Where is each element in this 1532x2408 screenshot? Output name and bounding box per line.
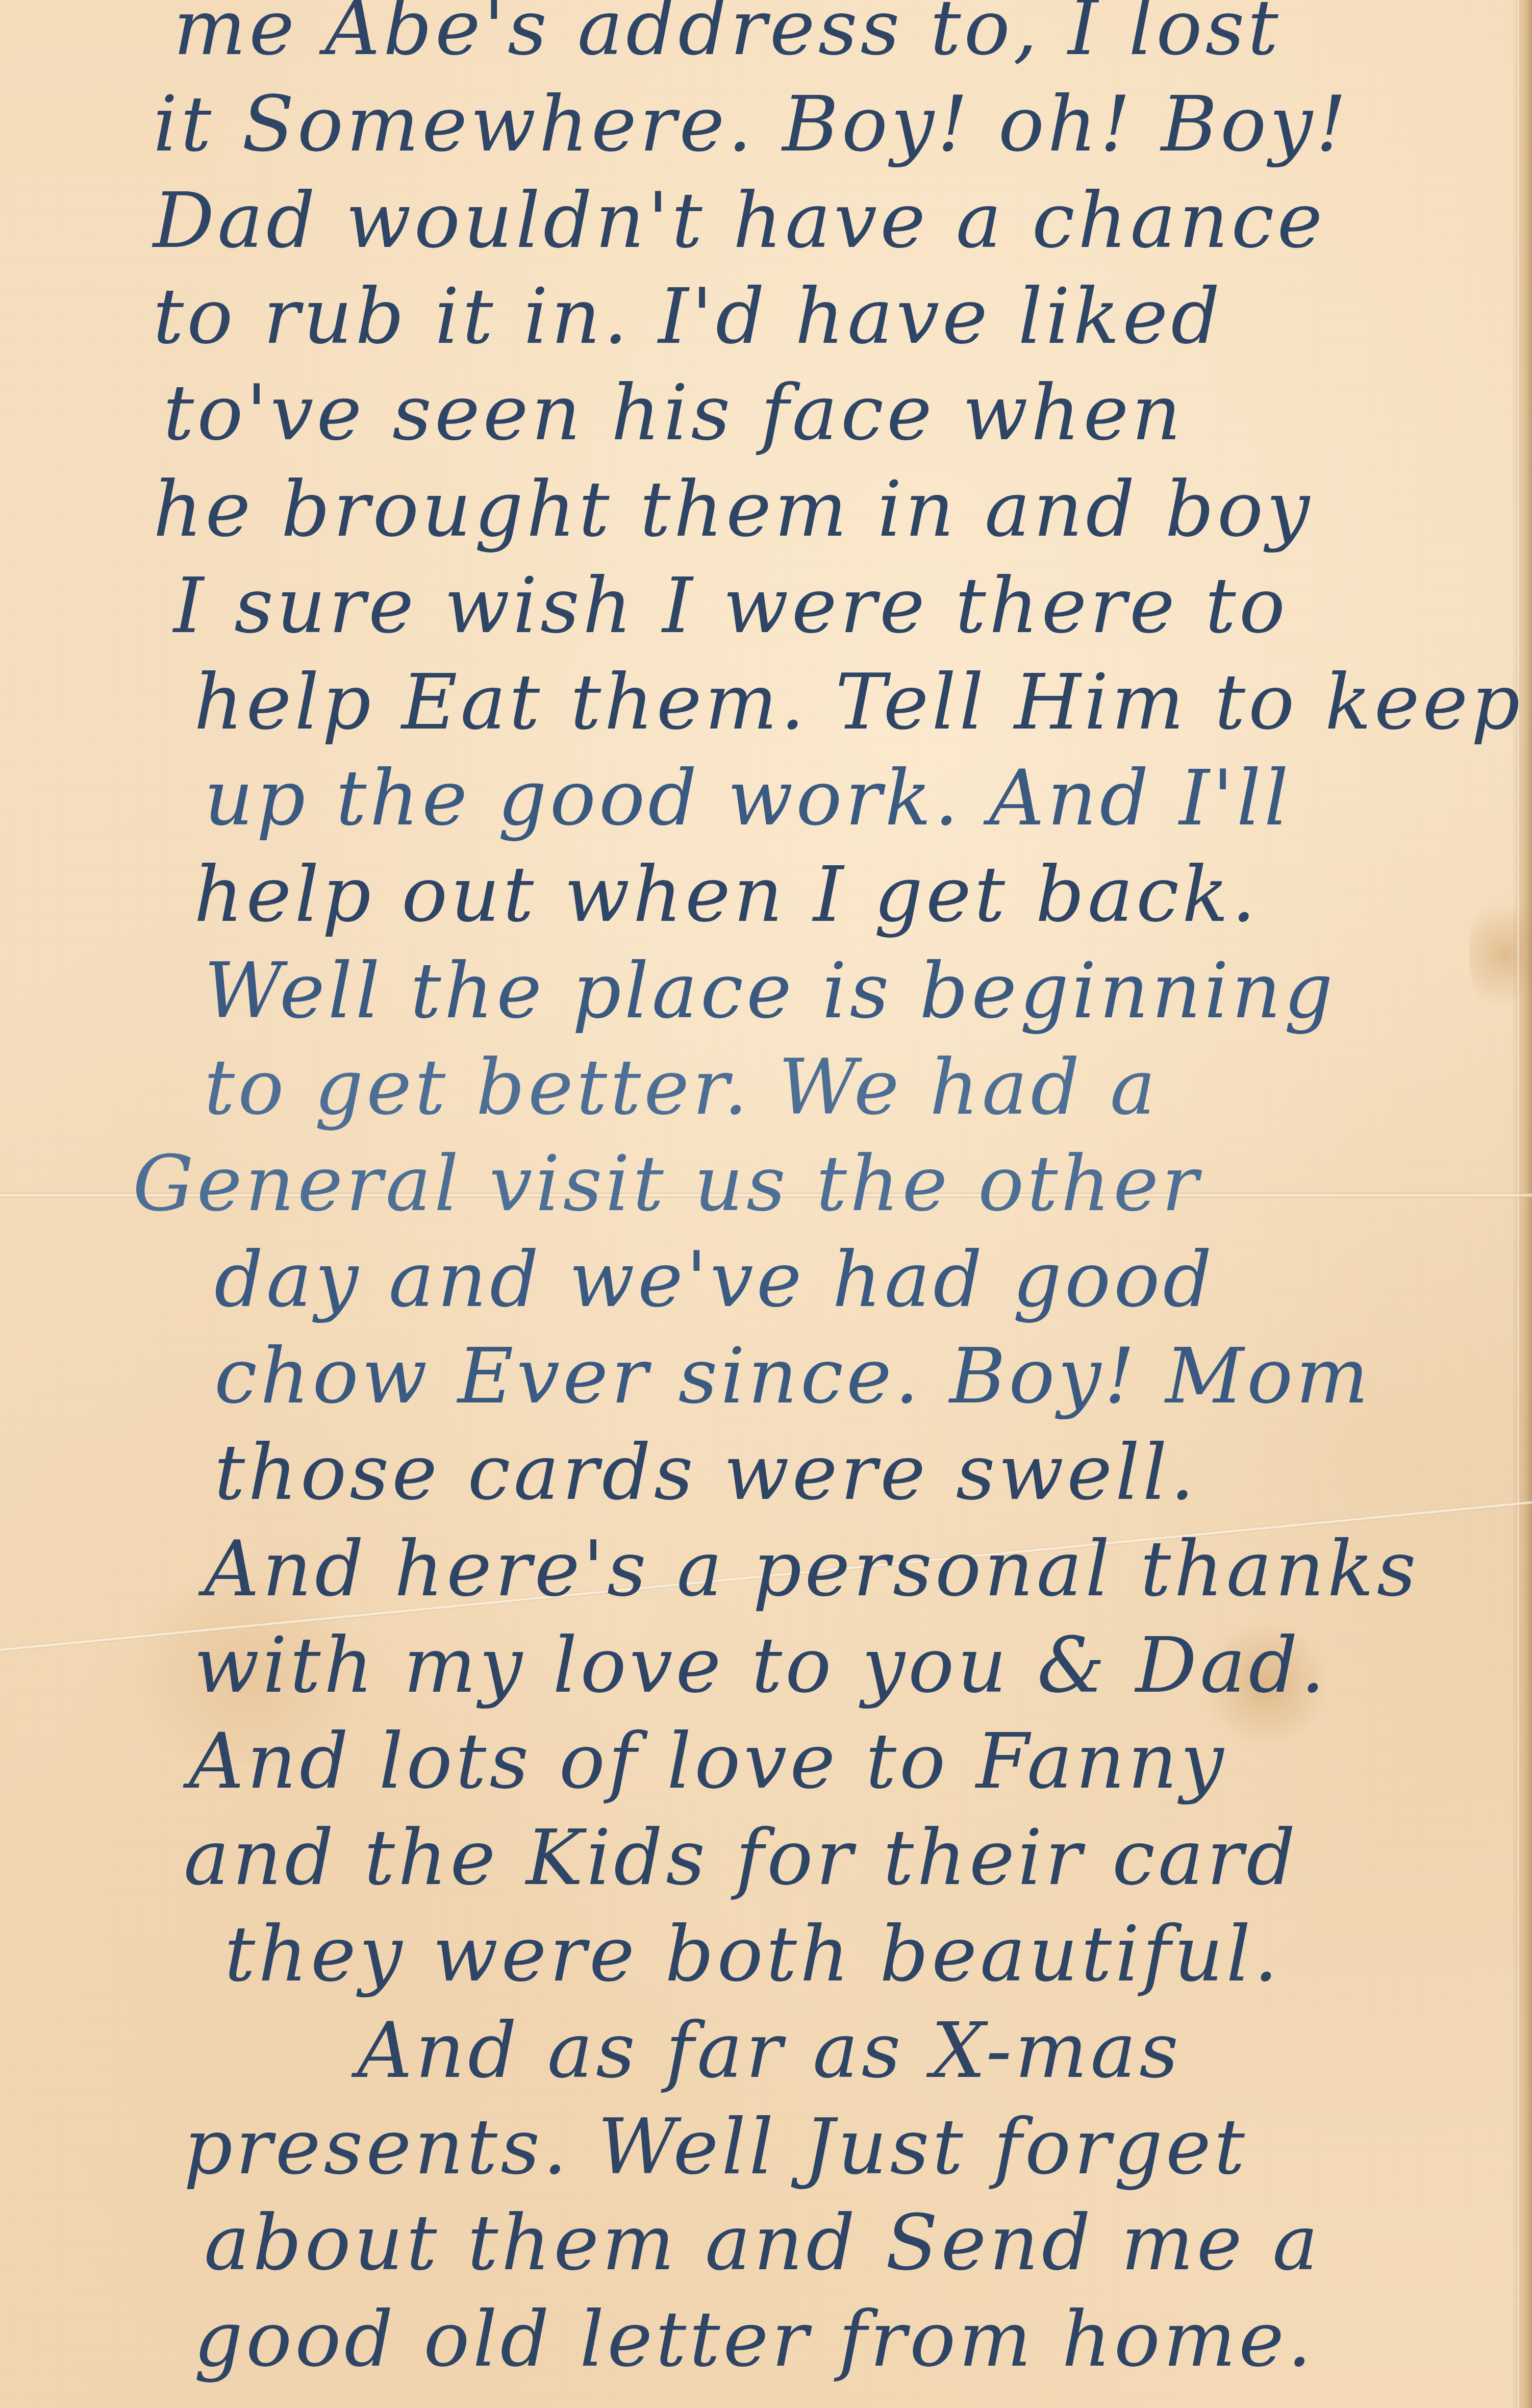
letter-line: help out when I get back. xyxy=(194,857,1259,933)
letter-line: and the Kids for their card xyxy=(184,1820,1298,1896)
letter-line: day and we've had good xyxy=(214,1242,1215,1318)
letter-line: help Eat them. Tell Him to keep xyxy=(194,664,1523,741)
letter-line: Dad wouldn't have a chance xyxy=(153,183,1325,259)
letter-line: those cards were swell. xyxy=(214,1435,1198,1511)
letter-line: Well the place is beginning xyxy=(204,953,1336,1030)
letter-line: they were both beautiful. xyxy=(224,1916,1281,1993)
letter-line: up the good work. And I'll xyxy=(204,760,1292,837)
letter-line: General visit us the other xyxy=(133,1146,1201,1222)
letter-line: I sure wish I were there to xyxy=(173,568,1288,644)
handwritten-letter: me Abe's address to, I lost it Somewhere… xyxy=(0,0,1532,2408)
letter-line: to've seen his face when xyxy=(163,375,1184,451)
letter-line: to rub it in. I'd have liked xyxy=(153,279,1223,355)
letter-line: And lots of love to Fanny xyxy=(189,1723,1226,1800)
letter-line: And here's a personal thanks xyxy=(204,1531,1419,1608)
letter-line: presents. Well Just forget xyxy=(184,2109,1248,2186)
letter-line: about them and Send me a xyxy=(204,2205,1321,2281)
letter-line: chow Ever since. Boy! Mom xyxy=(214,1338,1371,1415)
letter-line: good old letter from home. xyxy=(194,2301,1315,2378)
letter-line: with my love to you & Dad. xyxy=(194,1627,1328,1704)
letter-line: it Somewhere. Boy! oh! Boy! xyxy=(153,86,1349,163)
letter-line: me Abe's address to, I lost xyxy=(173,0,1282,66)
letter-line: to get better. We had a xyxy=(204,1049,1159,1126)
letter-line: he brought them in and boy xyxy=(153,471,1313,548)
letter-line: And as far as X-mas xyxy=(357,2013,1182,2089)
